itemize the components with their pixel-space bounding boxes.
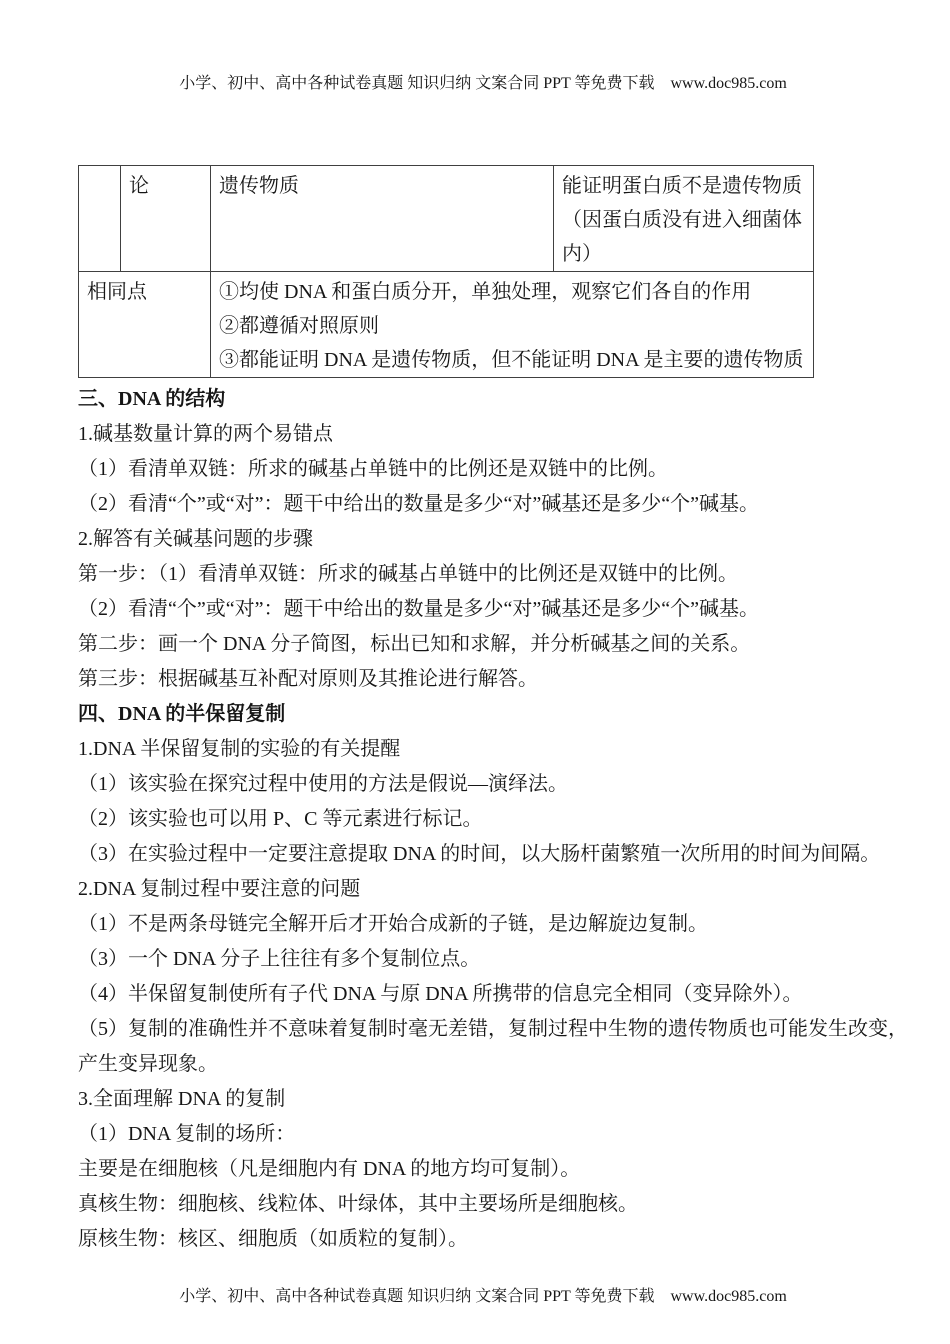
body-line: 第二步：画一个 DNA 分子简图，标出已知和求解，并分析碱基之间的关系。	[78, 627, 920, 662]
body-line: （2）该实验也可以用 P、C 等元素进行标记。	[78, 802, 920, 837]
body-line: 真核生物：细胞核、线粒体、叶绿体，其中主要场所是细胞核。	[78, 1187, 920, 1222]
table-cell-conclusion-label: 论	[121, 166, 211, 272]
document-page: 小学、初中、高中各种试卷真题 知识归纳 文案合同 PPT 等免费下载 www.d…	[0, 0, 950, 1344]
table-row: 相同点 ①均使 DNA 和蛋白质分开，单独处理，观察它们各自的作用 ②都遵循对照…	[79, 272, 814, 378]
body-line: 2.解答有关碱基问题的步骤	[78, 522, 920, 557]
body-line: （3）一个 DNA 分子上往往有多个复制位点。	[78, 942, 920, 977]
body-line: 第一步：（1）看清单双链：所求的碱基占单链中的比例还是双链中的比例。	[78, 557, 920, 592]
body-line: 原核生物：核区、细胞质（如质粒的复制）。	[78, 1222, 920, 1257]
body-line: （1）不是两条母链完全解开后才开始合成新的子链，是边解旋边复制。	[78, 907, 920, 942]
body-line: 1.DNA 半保留复制的实验的有关提醒	[78, 732, 920, 767]
document-body: 三、DNA 的结构 1.碱基数量计算的两个易错点 （1）看清单双链：所求的碱基占…	[78, 382, 920, 1257]
body-line: （1）该实验在探究过程中使用的方法是假说—演绎法。	[78, 767, 920, 802]
body-line: （5）复制的准确性并不意味着复制时毫无差错，复制过程中生物的遗传物质也可能发生改…	[78, 1012, 920, 1047]
page-header: 小学、初中、高中各种试卷真题 知识归纳 文案合同 PPT 等免费下载 www.d…	[0, 0, 950, 114]
body-line: （2）看清“个”或“对”：题干中给出的数量是多少“对”碱基还是多少“个”碱基。	[78, 487, 920, 522]
header-text: 小学、初中、高中各种试卷真题 知识归纳 文案合同 PPT 等免费下载 www.d…	[179, 75, 787, 92]
body-line: 第三步：根据碱基互补配对原则及其推论进行解答。	[78, 662, 920, 697]
body-line: 3.全面理解 DNA 的复制	[78, 1082, 920, 1117]
body-line: （2）看清“个”或“对”：题干中给出的数量是多少“对”碱基还是多少“个”碱基。	[78, 592, 920, 627]
comparison-table: 论 遗传物质 能证明蛋白质不是遗传物质（因蛋白质没有进入细菌体内） 相同点 ①均…	[78, 165, 814, 378]
body-line: （1）DNA 复制的场所：	[78, 1117, 920, 1152]
table-cell-protein-note: 能证明蛋白质不是遗传物质（因蛋白质没有进入细菌体内）	[554, 166, 814, 272]
page-footer: 小学、初中、高中各种试卷真题 知识归纳 文案合同 PPT 等免费下载 www.d…	[0, 1267, 950, 1327]
table-cell-similarities-label: 相同点	[79, 272, 211, 378]
body-line: 主要是在细胞核（凡是细胞内有 DNA 的地方均可复制）。	[78, 1152, 920, 1187]
similarity-line: ①均使 DNA 和蛋白质分开，单独处理，观察它们各自的作用	[219, 275, 805, 309]
table-cell-genetic-material: 遗传物质	[211, 166, 554, 272]
footer-text: 小学、初中、高中各种试卷真题 知识归纳 文案合同 PPT 等免费下载 www.d…	[179, 1288, 787, 1305]
similarity-line: ③都能证明 DNA 是遗传物质，但不能证明 DNA 是主要的遗传物质	[219, 343, 805, 377]
similarity-line: ②都遵循对照原则	[219, 309, 805, 343]
body-line: （1）看清单双链：所求的碱基占单链中的比例还是双链中的比例。	[78, 452, 920, 487]
body-line: （3）在实验过程中一定要注意提取 DNA 的时间，以大肠杆菌繁殖一次所用的时间为…	[78, 837, 920, 872]
section-heading: 三、DNA 的结构	[78, 382, 920, 417]
body-line: 产生变异现象。	[78, 1047, 920, 1082]
table-row: 论 遗传物质 能证明蛋白质不是遗传物质（因蛋白质没有进入细菌体内）	[79, 166, 814, 272]
table-cell-empty	[79, 166, 121, 272]
body-line: （4）半保留复制使所有子代 DNA 与原 DNA 所携带的信息完全相同（变异除外…	[78, 977, 920, 1012]
body-line: 1.碱基数量计算的两个易错点	[78, 417, 920, 452]
section-heading: 四、DNA 的半保留复制	[78, 697, 920, 732]
body-line: 2.DNA 复制过程中要注意的问题	[78, 872, 920, 907]
table-cell-similarities-content: ①均使 DNA 和蛋白质分开，单独处理，观察它们各自的作用 ②都遵循对照原则 ③…	[211, 272, 814, 378]
